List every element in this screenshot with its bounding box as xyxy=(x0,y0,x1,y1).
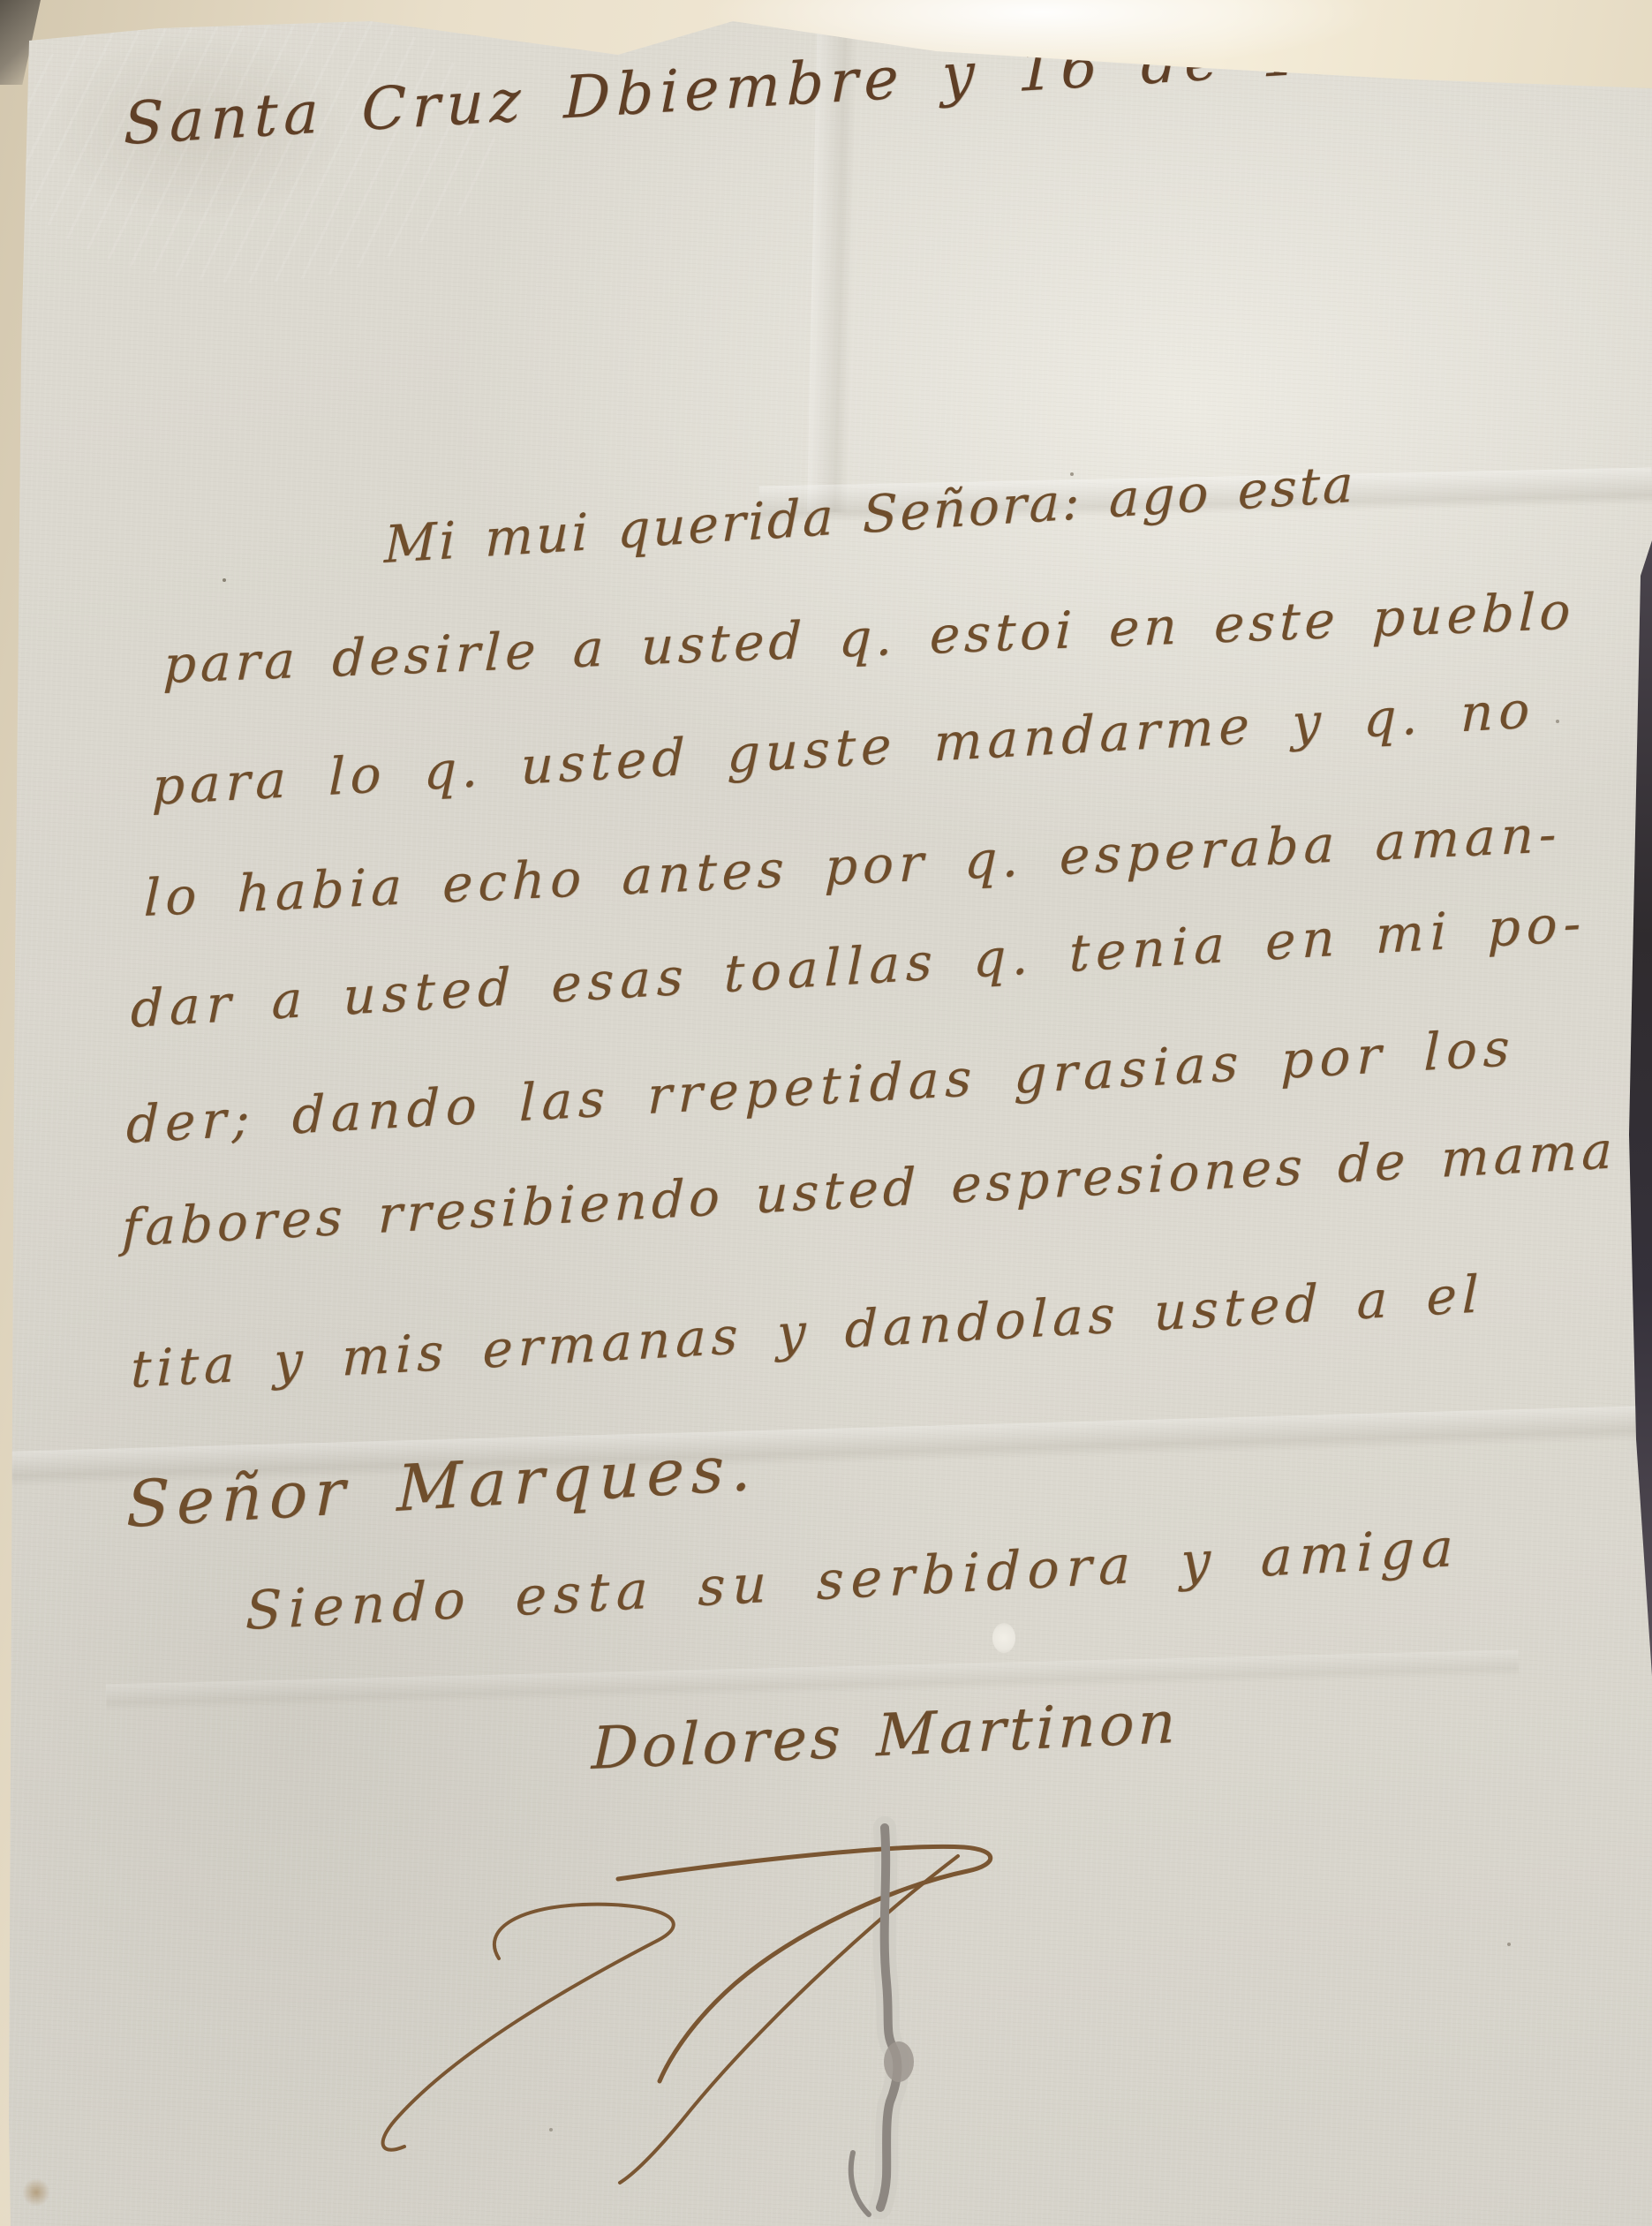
photo-of-letter: Santa Cruz Dbiembre y 16 de 1846 Mi mui … xyxy=(0,0,1652,2226)
signature-rubric-and-tear xyxy=(0,0,1652,2226)
letter-paper: Santa Cruz Dbiembre y 16 de 1846 Mi mui … xyxy=(0,0,1652,2226)
tear-blot xyxy=(884,2041,914,2082)
